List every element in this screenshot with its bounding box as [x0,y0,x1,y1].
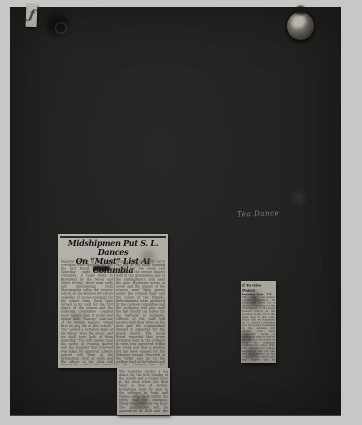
faint-smudge-mid-right [291,186,307,209]
clipping-column-2: Classes, drill and study carry the day a… [116,260,165,365]
column-rule [114,260,115,365]
print-blotch [136,248,160,265]
fastener-highlight [289,14,307,31]
fingerprint-smudge [245,286,263,314]
fingerprint-smudge [240,347,264,361]
scrapbook-page: Tea Dance Midshipmen Put S. L. Dances On… [10,7,341,416]
handwritten-caption: Tea Dance [237,209,280,218]
paper-fastener [287,12,314,40]
ink-smudge [127,394,154,410]
inked-out-word [93,266,110,271]
newspaper-clipping-main: Midshipmen Put S. L. Dances On “Must” Li… [58,234,168,368]
fingerprint-smudge [239,327,254,349]
newspaper-clipping-main-continuation: The schedule carries a tea dance for the… [117,368,170,415]
scrapbook-photo: Tea Dance Midshipmen Put S. L. Dances On… [0,0,362,425]
corner-tab: ƒ [26,4,38,27]
newspaper-clipping-side: d To Give Dance ipmen Jan. 23 The war re… [241,281,276,363]
faint-ring-mark [55,22,67,34]
print-blotch [66,310,88,324]
handwritten-mark: ƒ [27,8,35,24]
clipping-column-2-text: Classes, drill and study carry the day a… [116,260,165,365]
